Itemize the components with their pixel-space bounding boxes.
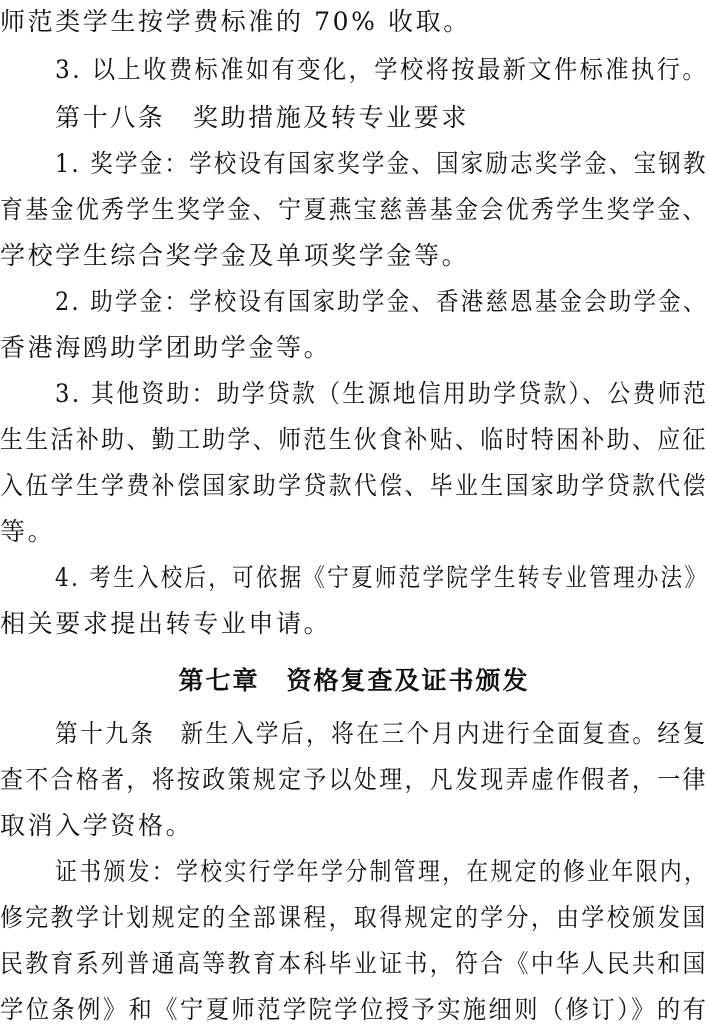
chapter-7-heading: 第七章 资格复查及证书颁发 bbox=[0, 661, 708, 701]
major-transfer-item: 4. 考生入校后，可依据《宁夏师范学院学生转专业管理办法》 bbox=[55, 558, 618, 598]
document-page: 师范类学生按学费标准的 70% 收取。 3. 以上收费标准如有变化，学校将按最新… bbox=[0, 0, 708, 1024]
paragraph-line: 师范类学生按学费标准的 70% 收取。 bbox=[0, 2, 708, 42]
article-18-title: 第十八条 奖助措施及转专业要求 bbox=[55, 98, 708, 138]
other-aid-item: 3. 其他资助：助学贷款（生源地信用助学贷款）、公费师范 bbox=[55, 374, 650, 414]
major-transfer-item-cont: 相关要求提出转专业申请。 bbox=[0, 604, 708, 644]
fee-change-note: 3. 以上收费标准如有变化，学校将按最新文件标准执行。 bbox=[55, 50, 662, 90]
certificate-issuance-cont: 民教育系列普通高等教育本科毕业证书，符合《中华人民共和国 bbox=[0, 944, 648, 984]
article-19-cont: 取消入学资格。 bbox=[0, 806, 708, 846]
certificate-issuance-cont: 修完教学计划规定的全部课程，取得规定的学分，由学校颁发国 bbox=[0, 898, 648, 938]
other-aid-item-cont: 生生活补助、勤工助学、师范生伙食补贴、临时特困补助、应征 bbox=[0, 420, 648, 460]
scholarship-item-cont: 学校学生综合奖学金及单项奖学金等。 bbox=[0, 236, 708, 276]
article-19-cont: 查不合格者，将按政策规定予以处理，凡发现弄虚作假者，一律 bbox=[0, 760, 648, 800]
other-aid-item-cont: 入伍学生学费补偿国家助学贷款代偿、毕业生国家助学贷款代偿 bbox=[0, 466, 648, 506]
scholarship-item-cont: 育基金优秀学生奖学金、宁夏燕宝慈善基金会优秀学生奖学金、 bbox=[0, 190, 648, 230]
article-19: 第十九条 新生入学后，将在三个月内进行全面复查。经复 bbox=[55, 714, 649, 754]
certificate-issuance-cont: 学位条例》和《宁夏师范学院学位授予实施细则（修订）》的有 bbox=[0, 990, 660, 1024]
other-aid-item-cont: 等。 bbox=[0, 512, 708, 552]
certificate-issuance: 证书颁发：学校实行学年学分制管理，在规定的修业年限内， bbox=[55, 852, 627, 892]
grant-item-cont: 香港海鸥助学团助学金等。 bbox=[0, 328, 708, 368]
grant-item: 2. 助学金：学校设有国家助学金、香港慈恩基金会助学金、 bbox=[55, 282, 639, 322]
scholarship-item: 1. 奖学金：学校设有国家奖学金、国家励志奖学金、宝钢教 bbox=[55, 144, 639, 184]
